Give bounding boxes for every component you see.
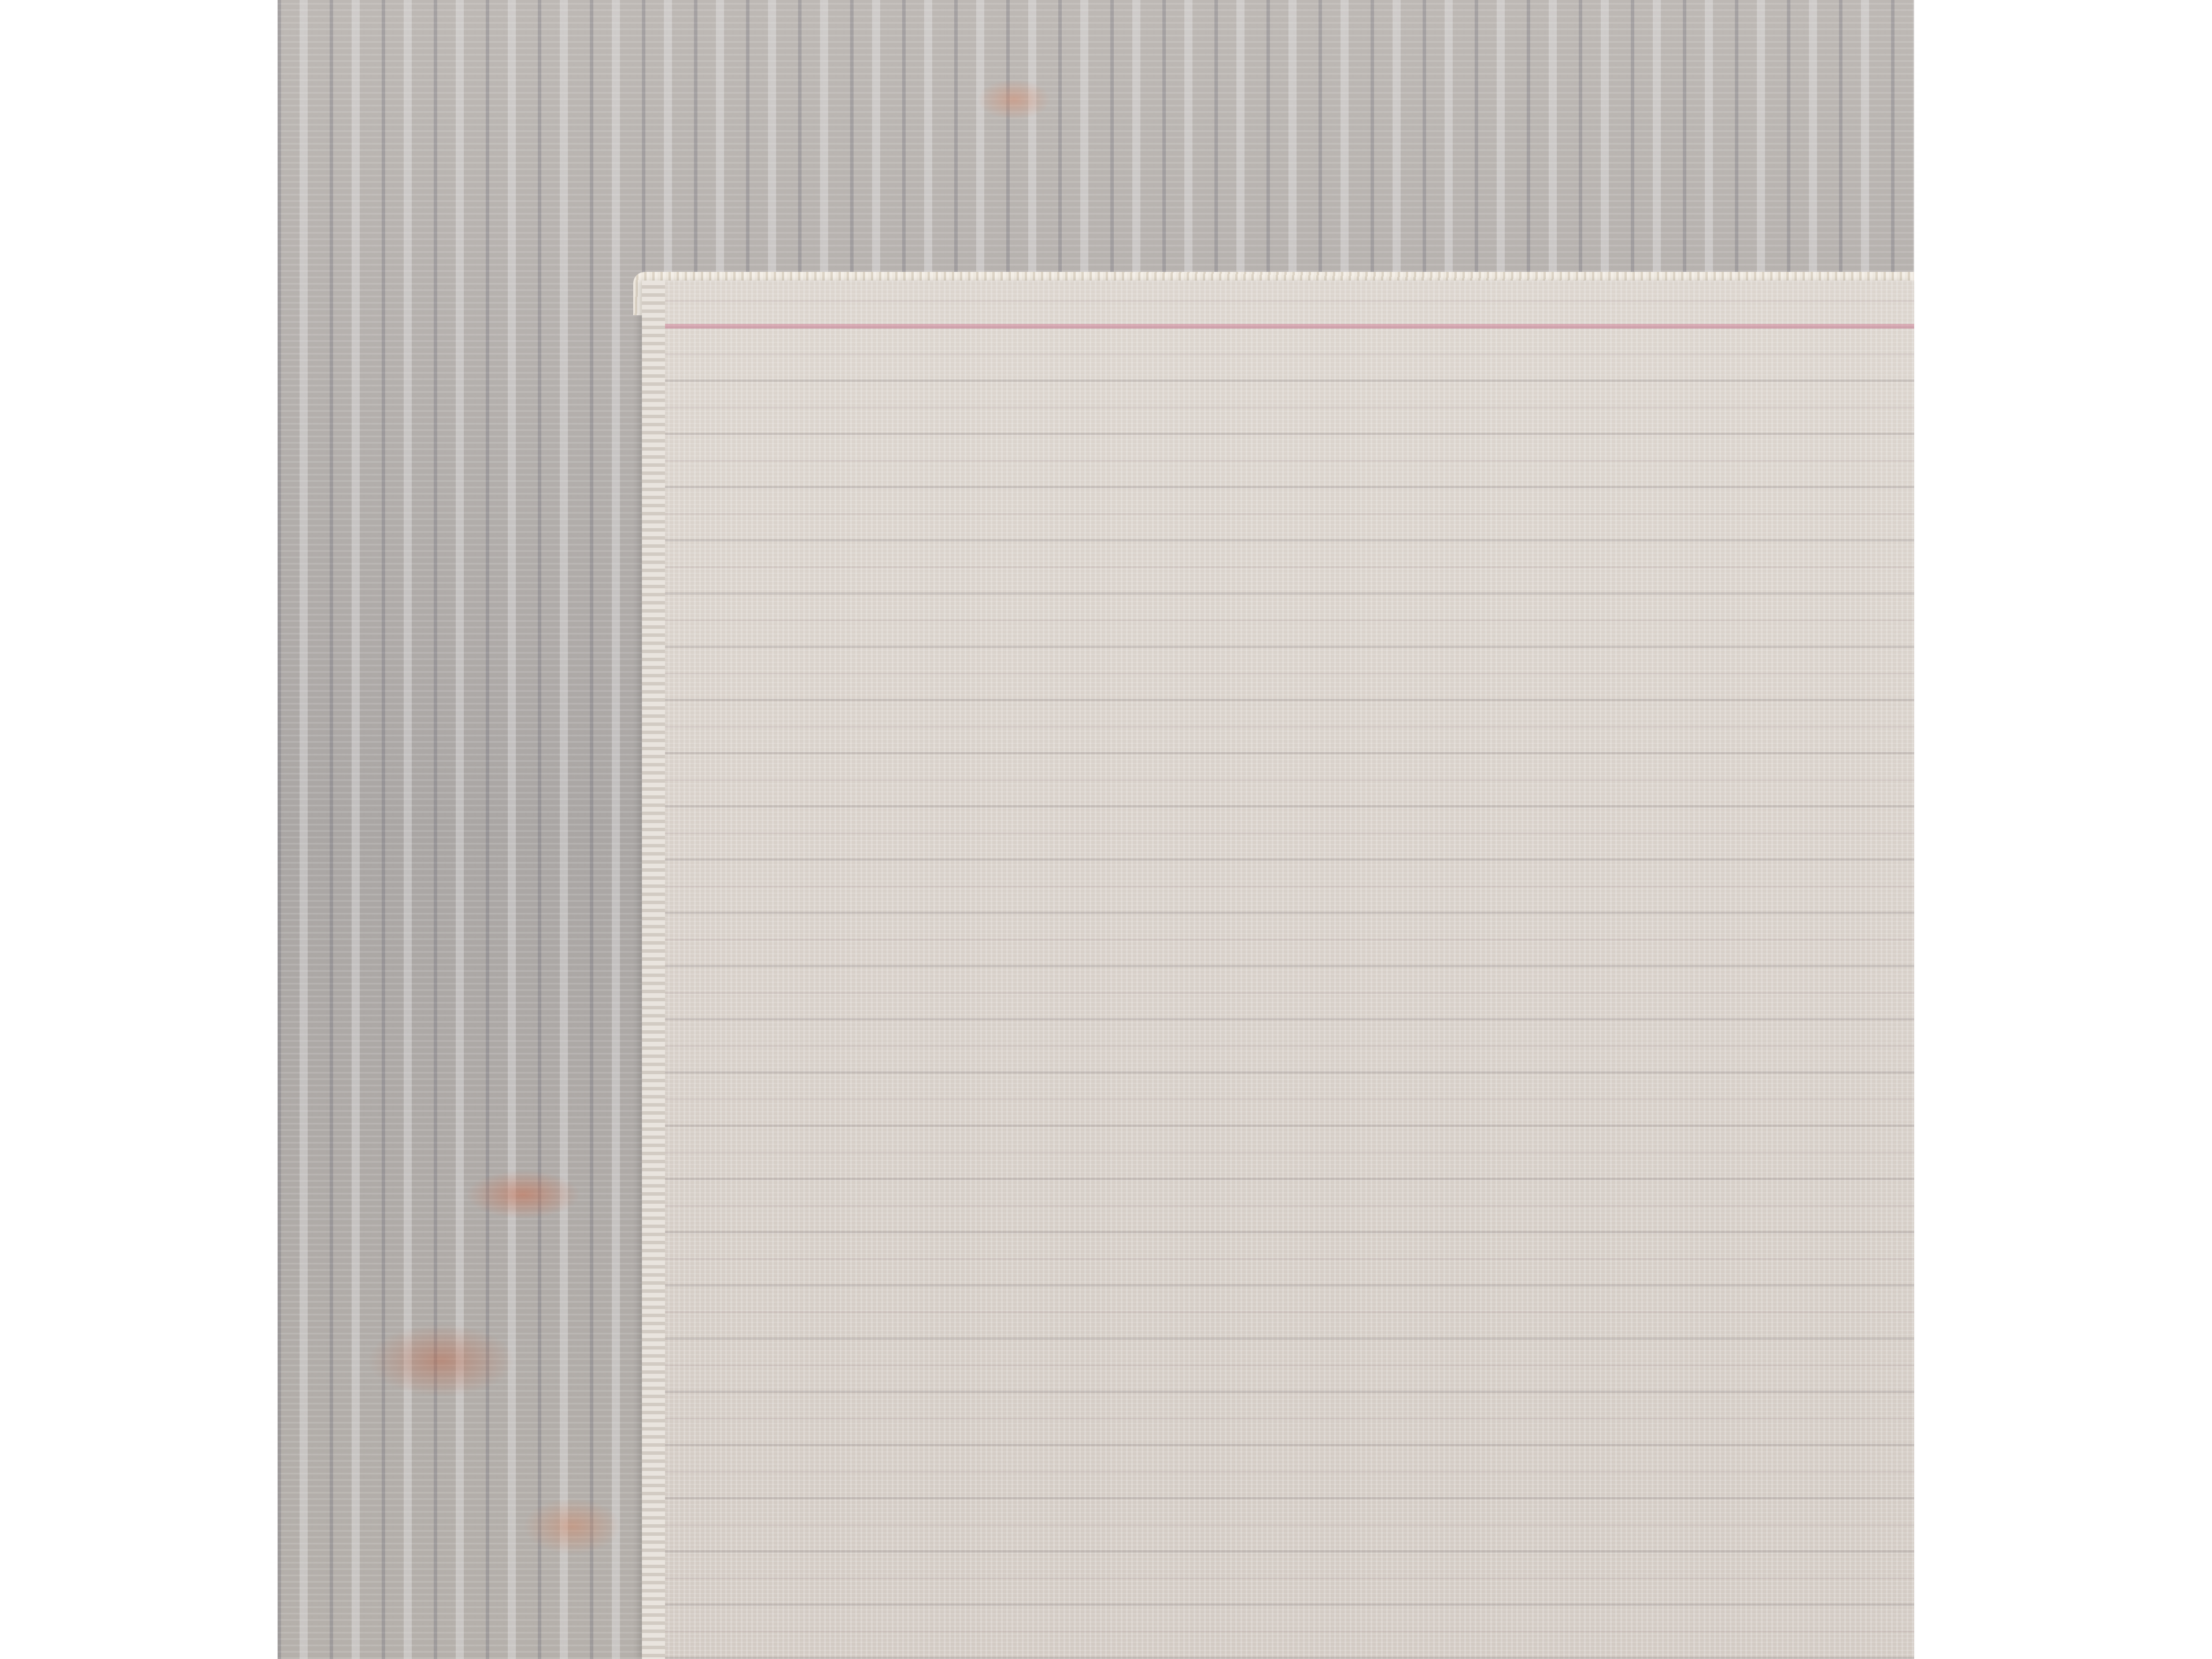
- rug-back-accent-line: [665, 324, 1914, 329]
- rug-back-weave: [642, 281, 1914, 1659]
